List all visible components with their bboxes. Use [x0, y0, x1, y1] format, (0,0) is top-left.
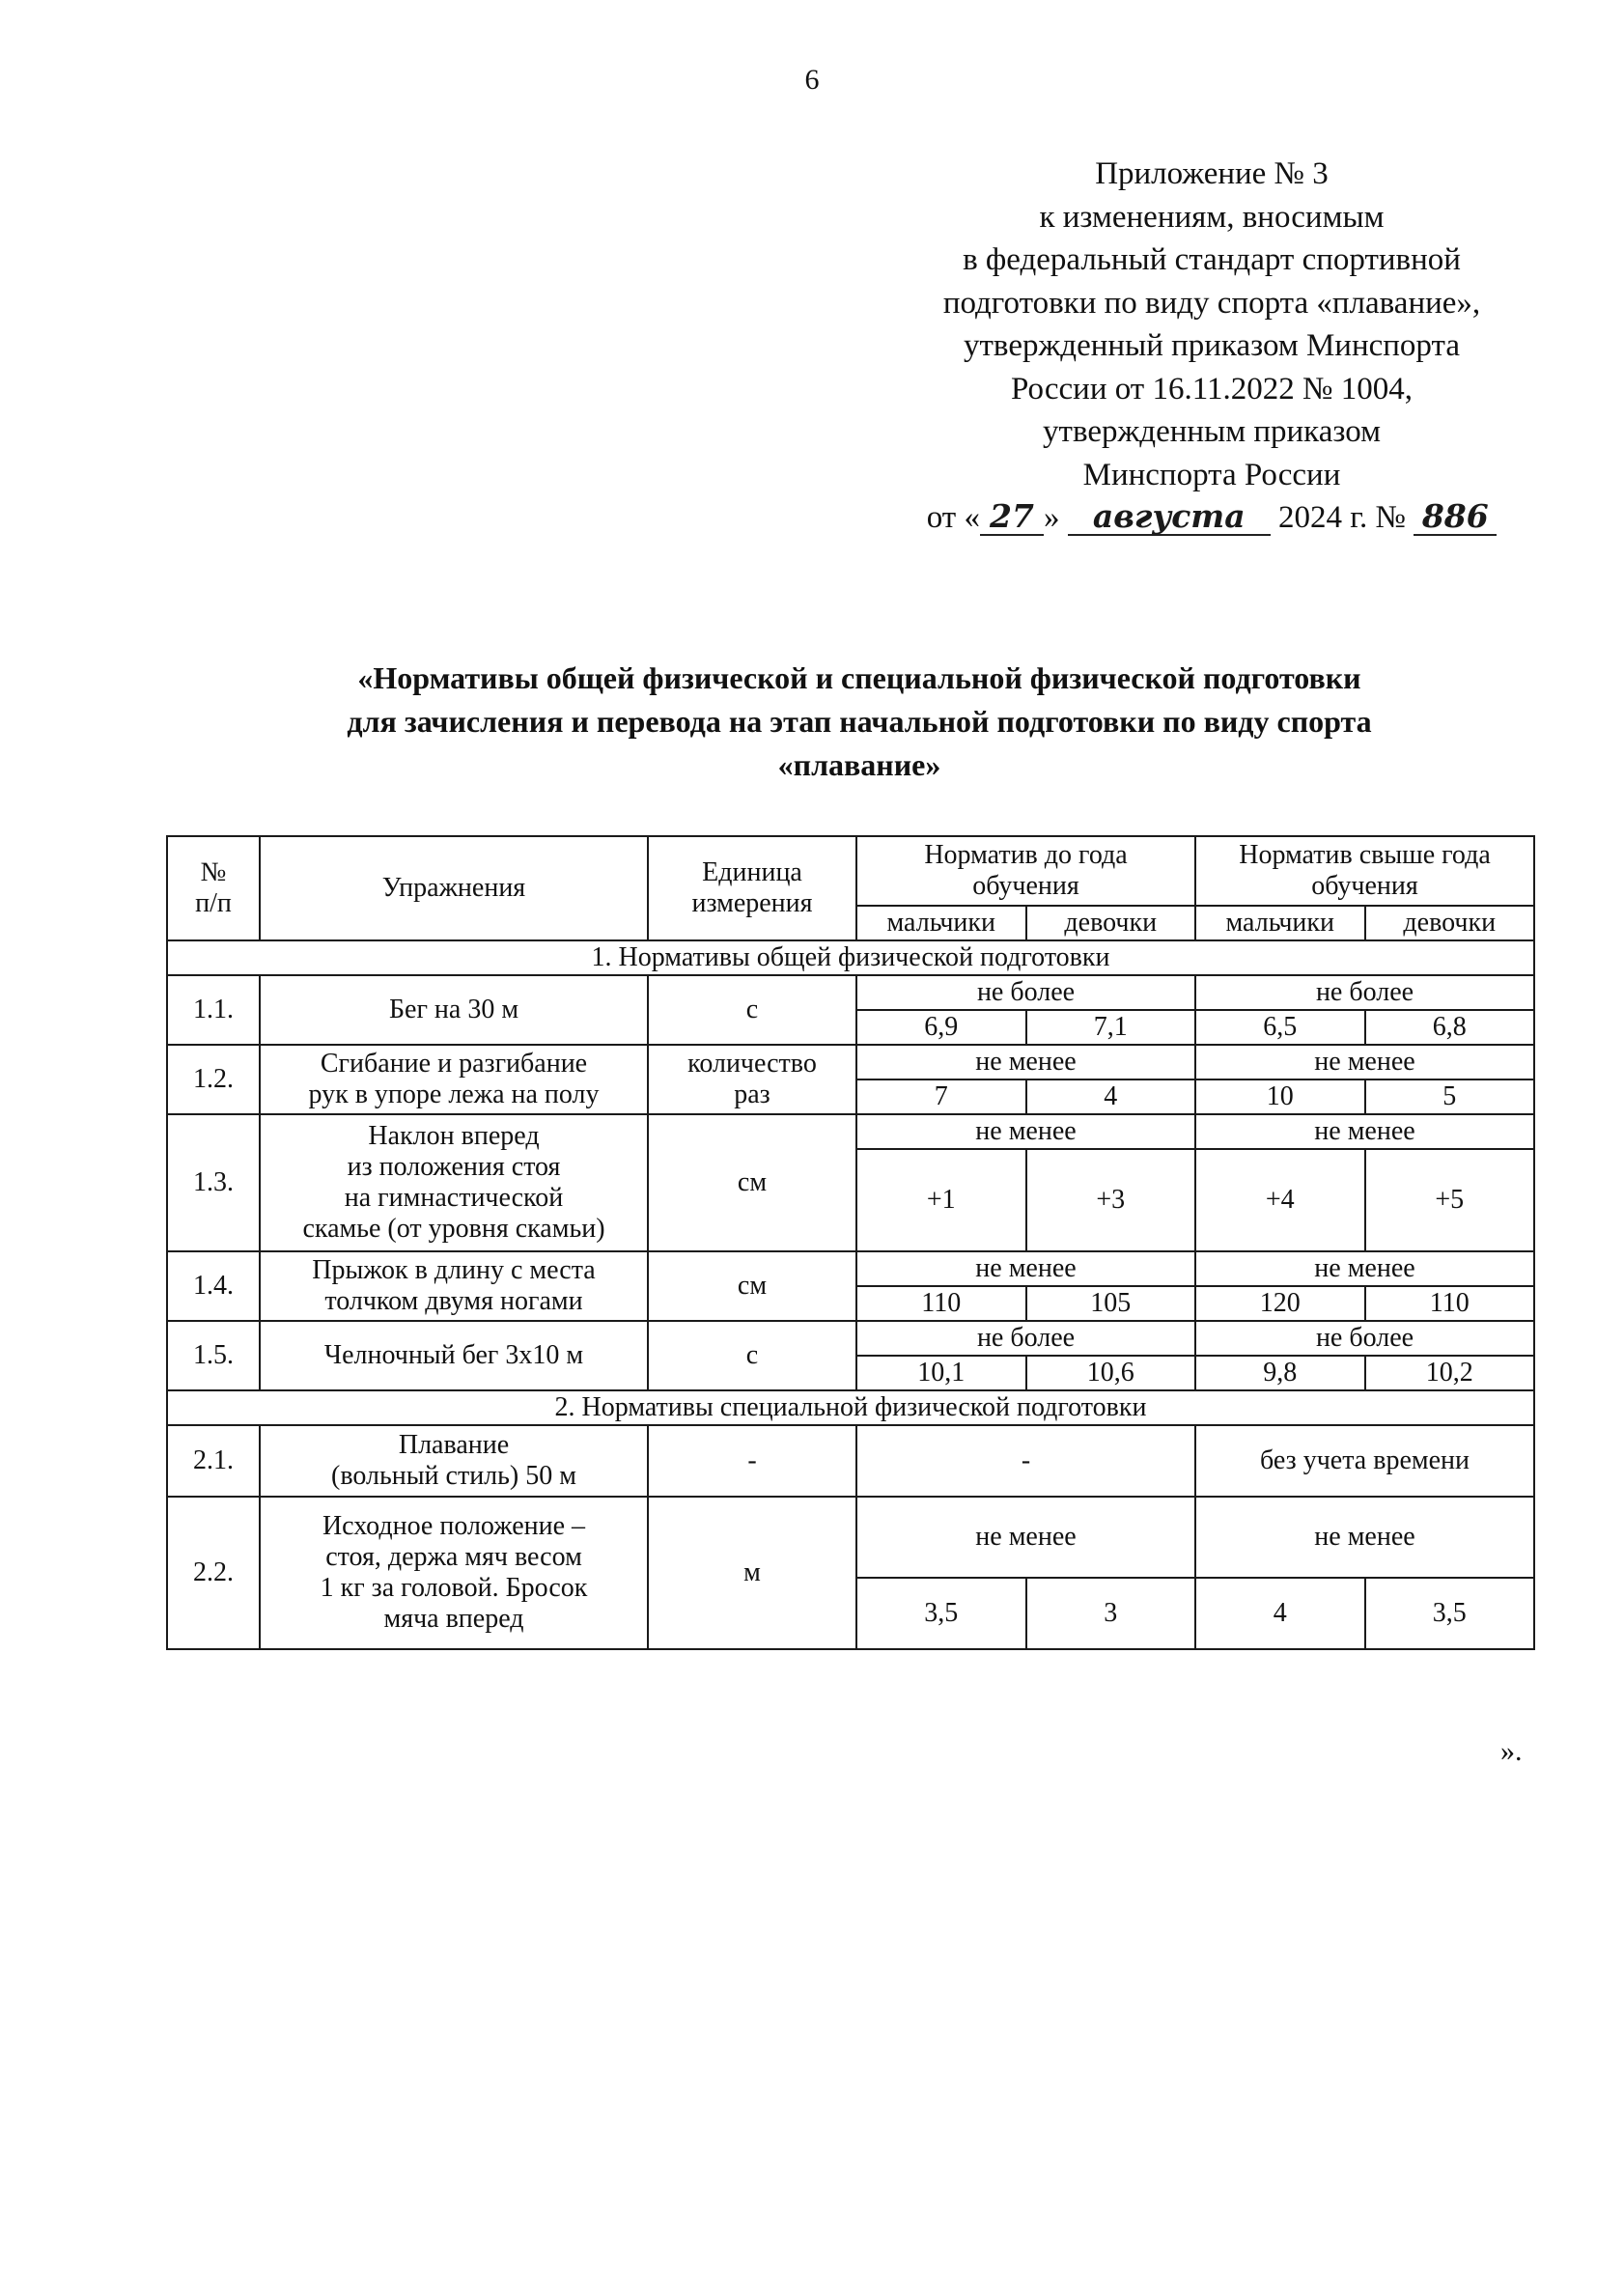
value-cell: 3	[1026, 1578, 1196, 1649]
row-unit: м	[648, 1497, 856, 1649]
appendix-line: Приложение № 3	[879, 153, 1545, 196]
value-cell: 7,1	[1026, 1010, 1196, 1045]
row-exercise: Бег на 30 м	[260, 975, 648, 1045]
row-condition: не менее	[856, 1251, 1195, 1286]
table-row: 1.4. Прыжок в длину с места толчком двум…	[167, 1251, 1534, 1286]
appendix-line: утвержденным приказом	[879, 410, 1545, 454]
header-boys: мальчики	[1195, 906, 1365, 940]
value-cell: 6,9	[856, 1010, 1026, 1045]
value-cell: 4	[1026, 1079, 1196, 1114]
handwritten-order-number: 886	[1414, 499, 1497, 536]
row-condition: не более	[1195, 1321, 1534, 1356]
appendix-line: в федеральный стандарт спортивной	[879, 238, 1545, 282]
section-row: 1. Нормативы общей физической подготовки	[167, 940, 1534, 975]
row-num: 1.1.	[167, 975, 260, 1045]
value-cell: 7	[856, 1079, 1026, 1114]
closing-quote-mark: ».	[1500, 1735, 1523, 1768]
value-cell: 110	[856, 1286, 1026, 1321]
row-condition: не менее	[856, 1114, 1195, 1149]
row-num: 1.4.	[167, 1251, 260, 1321]
value-cell: 3,5	[856, 1578, 1026, 1649]
row-unit: с	[648, 975, 856, 1045]
handwritten-month: августа	[1068, 499, 1271, 536]
value-cell: +4	[1195, 1149, 1365, 1251]
value-cell: -	[856, 1425, 1195, 1497]
header-girls: девочки	[1365, 906, 1535, 940]
value-cell: +3	[1026, 1149, 1196, 1251]
value-cell: 6,5	[1195, 1010, 1365, 1045]
section-title: 2. Нормативы специальной физической подг…	[167, 1390, 1534, 1425]
value-cell: 110	[1365, 1286, 1535, 1321]
header-group-after-first-year: Норматив свыше года обучения	[1195, 836, 1534, 906]
value-cell: +5	[1365, 1149, 1535, 1251]
document-title: «Нормативы общей физической и специально…	[193, 657, 1526, 787]
value-cell: 120	[1195, 1286, 1365, 1321]
row-condition: не менее	[1195, 1251, 1534, 1286]
row-condition: не более	[856, 975, 1195, 1010]
value-cell: 5	[1365, 1079, 1535, 1114]
row-condition: не менее	[856, 1497, 1195, 1578]
title-line: для зачисления и перевода на этап началь…	[193, 700, 1526, 743]
title-line: «Нормативы общей физической и специально…	[193, 657, 1526, 700]
value-cell: 6,8	[1365, 1010, 1535, 1045]
appendix-line: к изменениям, вносимым	[879, 196, 1545, 239]
row-unit: -	[648, 1425, 856, 1497]
row-condition: не более	[856, 1321, 1195, 1356]
table-row: 2.1. Плавание (вольный стиль) 50 м - - б…	[167, 1425, 1534, 1497]
title-line: «плавание»	[193, 743, 1526, 787]
header-boys: мальчики	[856, 906, 1026, 940]
value-cell: +1	[856, 1149, 1026, 1251]
value-cell: 3,5	[1365, 1578, 1535, 1649]
row-unit: см	[648, 1251, 856, 1321]
row-num: 1.2.	[167, 1045, 260, 1114]
value-cell: 10	[1195, 1079, 1365, 1114]
value-cell: 9,8	[1195, 1356, 1365, 1390]
header-exercise: Упражнения	[260, 836, 648, 940]
section-row: 2. Нормативы специальной физической подг…	[167, 1390, 1534, 1425]
row-unit: с	[648, 1321, 856, 1390]
norms-table: № п/п Упражнения Единица измерения Норма…	[166, 835, 1535, 1650]
date-quote: »	[1044, 500, 1060, 535]
value-cell: без учета времени	[1195, 1425, 1534, 1497]
value-cell: 10,6	[1026, 1356, 1196, 1390]
table-row: 2.2. Исходное положение – стоя, держа мя…	[167, 1497, 1534, 1578]
value-cell: 105	[1026, 1286, 1196, 1321]
appendix-line: утвержденный приказом Минспорта	[879, 324, 1545, 368]
value-cell: 10,2	[1365, 1356, 1535, 1390]
row-condition: не более	[1195, 975, 1534, 1010]
table-row: 1.5. Челночный бег 3х10 м с не более не …	[167, 1321, 1534, 1356]
year-text: 2024 г. №	[1278, 500, 1406, 535]
section-title: 1. Нормативы общей физической подготовки	[167, 940, 1534, 975]
table-row: 1.2. Сгибание и разгибание рук в упоре л…	[167, 1045, 1534, 1079]
row-unit: количество раз	[648, 1045, 856, 1114]
appendix-line: Минспорта России	[879, 454, 1545, 497]
row-condition: не менее	[1195, 1045, 1534, 1079]
header-num: № п/п	[167, 836, 260, 940]
row-exercise: Плавание (вольный стиль) 50 м	[260, 1425, 648, 1497]
row-condition: не менее	[1195, 1497, 1534, 1578]
value-cell: 10,1	[856, 1356, 1026, 1390]
handwritten-day: 27	[980, 499, 1044, 536]
row-num: 1.3.	[167, 1114, 260, 1251]
row-num: 2.2.	[167, 1497, 260, 1649]
row-condition: не менее	[856, 1045, 1195, 1079]
page-number: 6	[0, 64, 1624, 97]
table-row: 1.1. Бег на 30 м с не более не более	[167, 975, 1534, 1010]
row-exercise: Челночный бег 3х10 м	[260, 1321, 648, 1390]
row-exercise: Сгибание и разгибание рук в упоре лежа н…	[260, 1045, 648, 1114]
appendix-header: Приложение № 3 к изменениям, вносимым в …	[879, 153, 1545, 540]
row-exercise: Наклон вперед из положения стоя на гимна…	[260, 1114, 648, 1251]
row-exercise: Прыжок в длину с места толчком двумя ног…	[260, 1251, 648, 1321]
table-row: 1.3. Наклон вперед из положения стоя на …	[167, 1114, 1534, 1149]
appendix-line: подготовки по виду спорта «плавание»,	[879, 282, 1545, 325]
value-cell: 4	[1195, 1578, 1365, 1649]
header-girls: девочки	[1026, 906, 1196, 940]
header-row: № п/п Упражнения Единица измерения Норма…	[167, 836, 1534, 906]
row-num: 1.5.	[167, 1321, 260, 1390]
row-condition: не менее	[1195, 1114, 1534, 1149]
appendix-line: России от 16.11.2022 № 1004,	[879, 368, 1545, 411]
header-group-first-year: Норматив до года обучения	[856, 836, 1195, 906]
header-unit: Единица измерения	[648, 836, 856, 940]
row-num: 2.1.	[167, 1425, 260, 1497]
row-exercise: Исходное положение – стоя, держа мяч вес…	[260, 1497, 648, 1649]
order-date-line: от «27» августа 2024 г. № 886	[879, 496, 1545, 540]
date-prefix: от «	[927, 500, 980, 535]
row-unit: см	[648, 1114, 856, 1251]
